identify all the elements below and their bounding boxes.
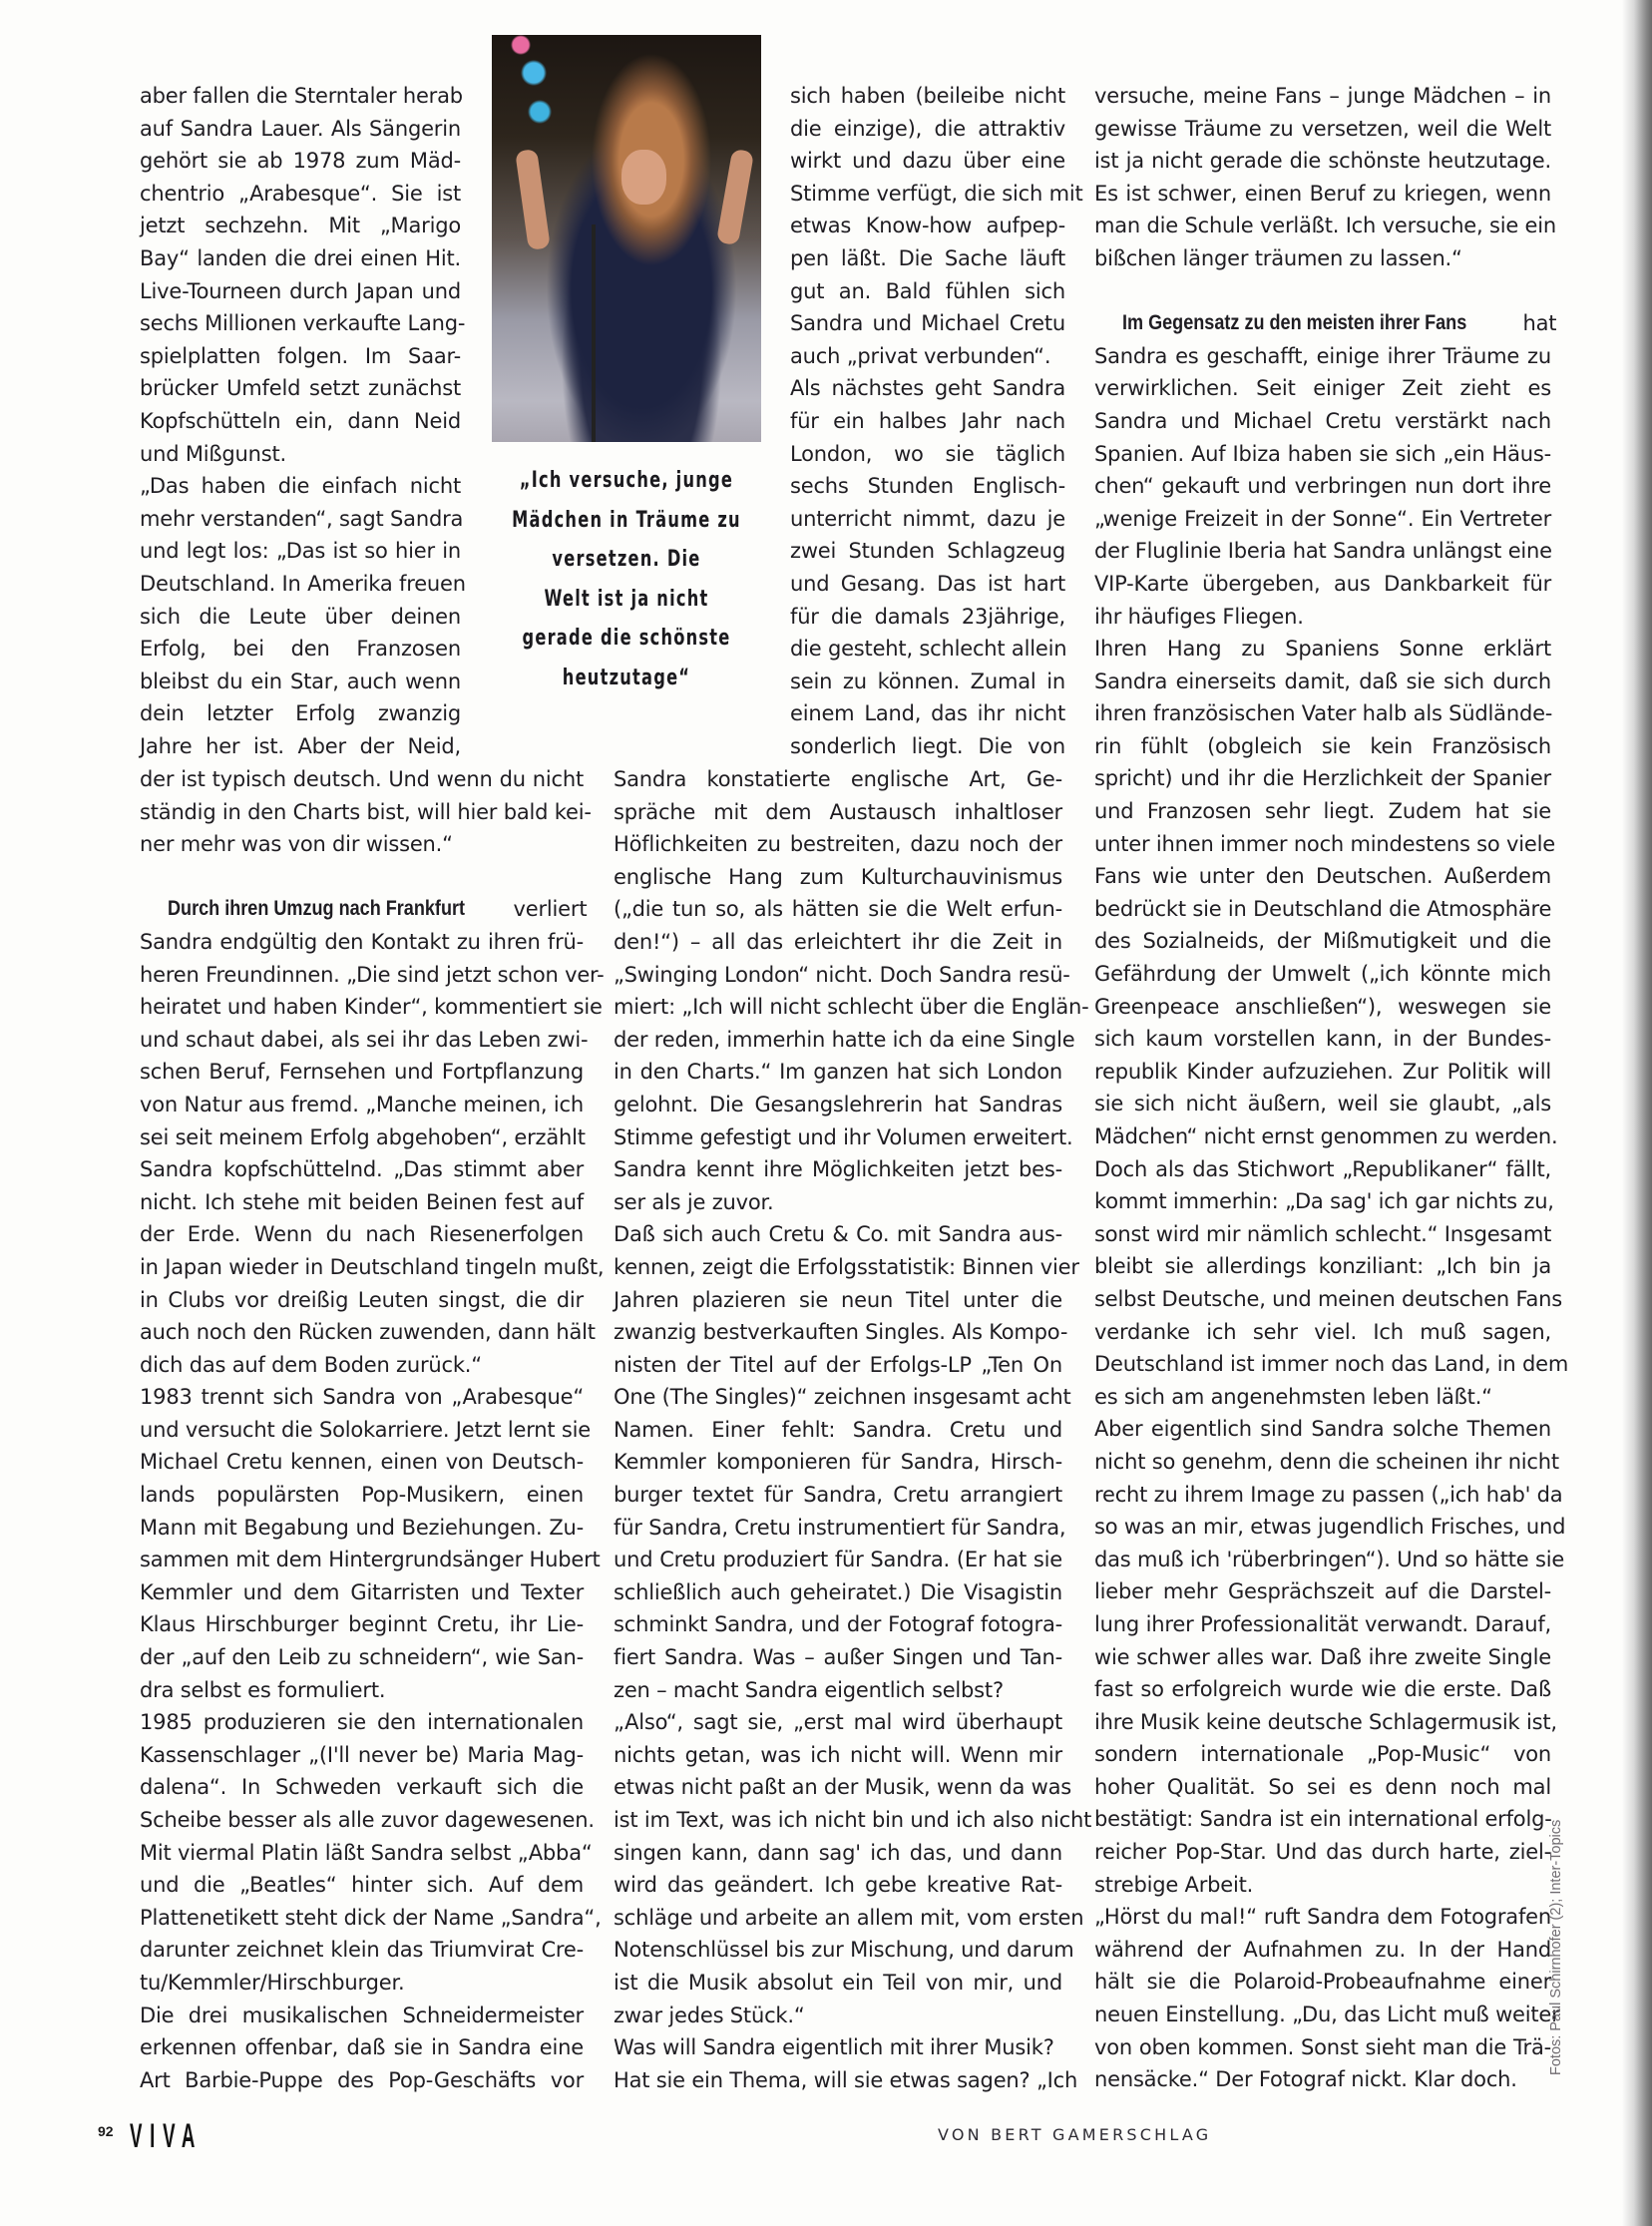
magazine-logo: VIVA <box>130 2117 203 2156</box>
text-line: sich kaum vorstellen kann, in der Bundes… <box>1094 1023 1551 1056</box>
text-line: Bay“ landen die drei einen Hit. <box>140 242 461 275</box>
text-line: Spanien. Auf Ibiza haben sie sich „ein H… <box>1094 438 1551 471</box>
text-line: („die tun so, als hätten sie die Welt er… <box>614 893 1062 926</box>
text-line: kommt immerhin: „Da sag' ich gar nichts … <box>1094 1185 1551 1218</box>
text-line: etwas nicht paßt an der Musik, wenn da w… <box>614 1771 1062 1804</box>
text-line: englische Hang zum Kulturchauvinismus <box>614 861 1062 894</box>
pull-quote: „Ich versuche, junge Mädchen in Träume z… <box>477 461 776 698</box>
text-line: bleibt sie allerdings konziliant: „Ich b… <box>1094 1250 1551 1283</box>
text-line: sondern internationale „Pop-Music“ von <box>1094 1738 1551 1771</box>
text-line: mehr verstanden“, sagt Sandra <box>140 503 461 536</box>
text-line: der ist typisch deutsch. Und wenn du nic… <box>140 763 584 796</box>
text-line: fiert Sandra. Was – außer Singen und Tan… <box>614 1641 1062 1674</box>
text-line: für ein halbes Jahr nach <box>790 405 1065 438</box>
text-line: Mann mit Begabung und Beziehungen. Zu- <box>140 1512 584 1545</box>
text-line: und Cretu produziert für Sandra. (Er hat… <box>614 1544 1062 1576</box>
text-line: sechs Millionen verkaufte Lang- <box>140 307 461 340</box>
text-line: sein zu können. Zumal in <box>790 666 1065 698</box>
photo-detail-mic-stand <box>592 224 596 442</box>
text-line: VIP-Karte übergeben, aus Dankbarkeit für <box>1094 568 1551 601</box>
pull-quote-line: Welt ist ja nicht <box>504 580 749 620</box>
text-line: Kassenschlager „(I'll never be) Maria Ma… <box>140 1739 584 1772</box>
text-line: Aber eigentlich sind Sandra solche Theme… <box>1094 1413 1551 1446</box>
text-line: „wenige Freizeit in der Sonne“. Ein Vert… <box>1094 503 1551 536</box>
text-line: „Swinging London“ nicht. Doch Sandra res… <box>614 959 1062 992</box>
text-line: Höflichkeiten zu bestreiten, dazu noch d… <box>614 828 1062 861</box>
text-line: neuen Einstellung. „Du, das Licht muß we… <box>1094 1999 1551 2031</box>
text-line: Daß sich auch Cretu & Co. mit Sandra aus… <box>614 1218 1062 1251</box>
text-line: heiratet und haben Kinder“, kommentiert … <box>140 991 584 1024</box>
paragraph-gap <box>140 861 584 894</box>
text-line: verwirklichen. Seit einiger Zeit zieht e… <box>1094 372 1551 405</box>
text-line: auch noch den Rücken zuwenden, dann hält <box>140 1316 584 1349</box>
text-line: Als nächstes geht Sandra <box>790 372 1065 405</box>
text-line: Jahre her ist. Aber der Neid, <box>140 730 461 763</box>
text-line: nichts getan, was ich nicht will. Wenn m… <box>614 1739 1062 1772</box>
text-line: ihren französischen Vater halb als Südlä… <box>1094 697 1551 730</box>
text-line: recht zu ihrem Image zu passen („ich hab… <box>1094 1479 1551 1512</box>
text-line: Live-Tourneen durch Japan und <box>140 275 461 308</box>
text-line: sechs Stunden Englisch- <box>790 470 1065 503</box>
text-line: und die „Beatles“ hinter sich. Auf dem <box>140 1869 584 1902</box>
text-line: zwei Stunden Schlagzeug <box>790 535 1065 568</box>
text-line: bestätigt: Sandra ist ein international … <box>1094 1803 1551 1836</box>
text-line: versuche, meine Fans – junge Mädchen – i… <box>1094 80 1551 113</box>
page-number: 92 <box>98 2123 114 2139</box>
text-line: des Sozialneids, der Mißmutigkeit und di… <box>1094 925 1551 958</box>
text-line: in Clubs vor dreißig Leuten singst, die … <box>140 1284 584 1317</box>
text-line: Kopfschütteln ein, dann Neid <box>140 405 461 438</box>
paragraph-gap <box>1094 275 1551 308</box>
text-line: „Hörst du mal!“ ruft Sandra dem Fotograf… <box>1094 1901 1551 1934</box>
text-line: Deutschland. In Amerika freuen <box>140 568 461 601</box>
text-line: der Fluglinie Iberia hat Sandra unlängst… <box>1094 535 1551 568</box>
text-line: 1985 produzieren sie den internationalen <box>140 1706 584 1739</box>
text-line: ihre Musik keine deutsche Schlagermusik … <box>1094 1706 1551 1739</box>
text-line: Erfolg, bei den Franzosen <box>140 633 461 666</box>
text-line: ist die Musik absolut ein Teil von mir, … <box>614 1967 1062 2000</box>
concert-photo <box>492 35 761 442</box>
text-line: Greenpeace anschließen“), weswegen sie <box>1094 991 1551 1024</box>
text-line: schen Beruf, Fernsehen und Fortpflanzung <box>140 1056 584 1089</box>
text-line: fast so erfolgreich wurde wie die erste.… <box>1094 1673 1551 1706</box>
text-line: Scheibe besser als alle zuvor dagewesene… <box>140 1804 584 1837</box>
text-line: gelohnt. Die Gesangslehrerin hat Sandras <box>614 1089 1062 1121</box>
text-line: Fans wie unter den Deutschen. Außerdem <box>1094 860 1551 893</box>
text-line: spräche mit dem Austausch inhaltloser <box>614 796 1062 829</box>
text-line: nicht. Ich stehe mit beiden Beinen fest … <box>140 1186 584 1219</box>
section-lead-in: Durch ihren Umzug nach Frankfurt <box>168 893 465 926</box>
text-line: rin fühlt (obgleich sie kein Französisch <box>1094 730 1551 763</box>
text-line: kennen, zeigt die Erfolgsstatistik: Binn… <box>614 1251 1062 1284</box>
text-line: der reden, immerhin hatte ich da eine Si… <box>614 1024 1062 1057</box>
text-line: Mit viermal Platin läßt Sandra selbst „A… <box>140 1837 584 1870</box>
text-line: die gesteht, schlecht allein <box>790 633 1065 666</box>
text-line: „Also“, sagt sie, „erst mal wird überhau… <box>614 1706 1062 1739</box>
text-line: von oben kommen. Sonst sieht man die Trä… <box>1094 2031 1551 2064</box>
author-byline: VON BERT GAMERSCHLAG <box>938 2125 1211 2144</box>
text-line: Hat sie ein Thema, will sie etwas sagen?… <box>614 2064 1062 2097</box>
text-line: lung ihrer Professionalität verwandt. Da… <box>1094 1608 1551 1641</box>
column2-bottom-text: Sandra konstatierte englische Art, Ge- s… <box>614 763 1062 2096</box>
text-line: Kemmler komponieren für Sandra, Hirsch- <box>614 1446 1062 1479</box>
text-line: dalena“. In Schweden verkauft sich die <box>140 1771 584 1804</box>
text-line: Sandra es geschafft, einige ihrer Träume… <box>1094 340 1551 373</box>
text-line: sei seit meinem Erfolg abgehoben“, erzäh… <box>140 1121 584 1154</box>
text-line: selbst Deutsche, und meinen deutschen Fa… <box>1094 1283 1551 1316</box>
text-line: Sandra und Michael Cretu verstärkt nach <box>1094 405 1551 438</box>
text-line: Sandra und Michael Cretu <box>790 307 1065 340</box>
text-line: erkennen offenbar, daß sie in Sandra ein… <box>140 2031 584 2064</box>
text-line-lead: Im Gegensatz zu den meisten ihrer Fans h… <box>1094 307 1551 340</box>
text-line: für die damals 23jährige, <box>790 601 1065 634</box>
text-line: ihr häufiges Fliegen. <box>1094 601 1551 634</box>
text-line: wie schwer alles war. Daß ihre zweite Si… <box>1094 1641 1551 1674</box>
text-line: Deutschland ist immer noch das Land, in … <box>1094 1348 1551 1381</box>
text-line: und schaut dabei, als sei ihr das Leben … <box>140 1024 584 1057</box>
text-line: „Das haben die einfach nicht <box>140 470 461 503</box>
text-line: sonderlich liegt. Die von <box>790 730 1065 763</box>
text-line: lands populärsten Pop-Musikern, einen <box>140 1479 584 1512</box>
text-line: gehört sie ab 1978 zum Mäd- <box>140 145 461 178</box>
text-line: spielplatten folgen. Im Saar- <box>140 340 461 373</box>
text-line: dein letzter Erfolg zwanzig <box>140 697 461 730</box>
text-line: dra selbst es formuliert. <box>140 1674 584 1707</box>
text-line: Jahren plazieren sie neun Titel unter di… <box>614 1284 1062 1317</box>
text-line: unter ihnen immer noch mindestens so vie… <box>1094 828 1551 861</box>
text-line: Sandra kennt ihre Möglichkeiten jetzt be… <box>614 1153 1062 1186</box>
text-line: ner mehr was von dir wissen.“ <box>140 828 584 861</box>
text-line: Notenschlüssel bis zur Mischung, und dar… <box>614 1934 1062 1967</box>
text-line: bedrückt sie in Deutschland die Atmosphä… <box>1094 893 1551 926</box>
text-line: lieber mehr Gesprächszeit auf die Darste… <box>1094 1575 1551 1608</box>
text-line: den!“) – all das erleichtert ihr die Zei… <box>614 926 1062 959</box>
text-line: etwas Know-how aufpep- <box>790 210 1065 242</box>
column1-bottom-text: der ist typisch deutsch. Und wenn du nic… <box>140 763 584 2096</box>
text-line: Sandra endgültig den Kontakt zu ihren fr… <box>140 926 584 959</box>
text-line: dich das auf dem Boden zurück.“ <box>140 1349 584 1382</box>
page-gutter-shadow <box>1622 0 1652 2226</box>
text-line: zwanzig bestverkauften Singles. Als Komp… <box>614 1316 1062 1349</box>
text-line: sammen mit dem Hintergrundsänger Hubert <box>140 1544 584 1576</box>
column1-top-text: aber fallen die Sterntaler herab auf San… <box>140 80 461 762</box>
text-line: Mädchen“ nicht ernst genommen zu werden. <box>1094 1120 1551 1153</box>
text-line: schließlich auch geheiratet.) Die Visagi… <box>614 1576 1062 1609</box>
text-line: Was will Sandra eigentlich mit ihrer Mus… <box>614 2031 1062 2064</box>
text-line: ständig in den Charts bist, will hier ba… <box>140 796 584 829</box>
text-line: von Natur aus fremd. „Manche meinen, ich <box>140 1089 584 1121</box>
text-line: Kemmler und dem Gitarristen und Texter <box>140 1576 584 1609</box>
text-line: sich haben (beileibe nicht <box>790 80 1065 113</box>
pull-quote-line: „Ich versuche, junge <box>504 461 749 501</box>
text-line: zen – macht Sandra eigentlich selbst? <box>614 1674 1062 1707</box>
text-line: jetzt sechzehn. Mit „Marigo <box>140 210 461 242</box>
text-line: Plattenetikett steht dick der Name „Sand… <box>140 1902 584 1935</box>
text-line: darunter zeichnet klein das Triumvirat C… <box>140 1934 584 1967</box>
text-line: Stimme verfügt, die sich mit <box>790 178 1065 211</box>
text-line: Michael Cretu kennen, einen von Deutsch- <box>140 1446 584 1479</box>
photo-credit: Fotos: Paul Schirnhofer (2); Inter-Topic… <box>1548 1820 1564 2075</box>
pull-quote-line: gerade die schönste <box>504 619 749 659</box>
text-line: auch „privat verbunden“. <box>790 340 1065 373</box>
text-line: auf Sandra Lauer. Als Sängerin <box>140 113 461 146</box>
text-line: Art Barbie-Puppe des Pop-Geschäfts vor <box>140 2064 584 2097</box>
text-line: chentrio „Arabesque“. Sie ist <box>140 178 461 211</box>
text-fragment: verliert <box>514 893 588 926</box>
text-line: wird das geändert. Ich gebe kreative Rat… <box>614 1869 1062 1902</box>
text-line: One (The Singles)“ zeichnen insgesamt ac… <box>614 1381 1062 1414</box>
text-line: der Erde. Wenn du nach Riesenerfolgen <box>140 1218 584 1251</box>
text-line: London, wo sie täglich <box>790 438 1065 471</box>
text-fragment: hat <box>1522 307 1556 340</box>
text-line: Stimme gefestigt und ihr Volumen erweite… <box>614 1121 1062 1154</box>
photo-detail-arm <box>716 149 754 245</box>
text-line: reicher Pop-Star. Und das durch harte, z… <box>1094 1836 1551 1869</box>
text-line: bißchen länger träumen zu lassen.“ <box>1094 242 1551 275</box>
text-line: hoher Qualität. So sei es denn noch mal <box>1094 1771 1551 1804</box>
text-line: tu/Kemmler/Hirschburger. <box>140 1967 584 2000</box>
text-line: das muß ich 'rüberbringen“). Und so hätt… <box>1094 1544 1551 1576</box>
text-line: und Mißgunst. <box>140 438 461 471</box>
pull-quote-line: Mädchen in Träume zu <box>504 501 749 541</box>
text-line: schläge und arbeite an allem mit, vom er… <box>614 1902 1062 1935</box>
text-line: man die Schule verläßt. Ich versuche, si… <box>1094 210 1551 242</box>
column2-top-text: sich haben (beileibe nicht die einzige),… <box>790 80 1065 762</box>
text-line: einem Land, das ihr nicht <box>790 697 1065 730</box>
text-line: in den Charts.“ Im ganzen hat sich Londo… <box>614 1056 1062 1089</box>
text-line: sonst wird mir nämlich schlecht.“ Insges… <box>1094 1218 1551 1251</box>
text-line: miert: „Ich will nicht schlecht über die… <box>614 991 1062 1024</box>
text-line: verdanke ich sehr viel. Ich muß sagen, <box>1094 1316 1551 1349</box>
text-line: in Japan wieder in Deutschland tingeln m… <box>140 1251 584 1284</box>
text-line: Ihren Hang zu Spaniens Sonne erklärt <box>1094 633 1551 666</box>
text-line: Sandra einerseits damit, daß sie sich du… <box>1094 666 1551 698</box>
text-line: spricht) und ihr die Herzlichkeit der Sp… <box>1094 762 1551 795</box>
text-line: ist ja nicht gerade die schönste heutzut… <box>1094 145 1551 178</box>
text-line: Sandra kopfschüttelnd. „Das stimmt aber <box>140 1153 584 1186</box>
text-line: ser als je zuvor. <box>614 1186 1062 1219</box>
photo-detail-face <box>621 150 666 205</box>
text-line: Klaus Hirschburger beginnt Cretu, ihr Li… <box>140 1608 584 1641</box>
section-lead-in: Im Gegensatz zu den meisten ihrer Fans <box>1122 307 1466 340</box>
text-line: während der Aufnahmen zu. In der Hand <box>1094 1934 1551 1967</box>
text-line: 1983 trennt sich Sandra von „Arabesque“ <box>140 1381 584 1414</box>
text-line: nensäcke.“ Der Fotograf nickt. Klar doch… <box>1094 2063 1551 2096</box>
text-line: Gefährdung der Umwelt („ich könnte mich <box>1094 958 1551 991</box>
text-line: chen“ gekauft und verbringen nun dort ih… <box>1094 470 1551 503</box>
text-line: es sich am angenehmsten leben läßt.“ <box>1094 1381 1551 1414</box>
text-line: die einzige), die attraktiv <box>790 113 1065 146</box>
text-line: Die drei musikalischen Schneidermeister <box>140 2000 584 2032</box>
text-line: der „auf den Leib zu schneidern“, wie Sa… <box>140 1641 584 1674</box>
photo-detail-arm <box>515 149 551 250</box>
pull-quote-line: versetzen. Die <box>504 540 749 580</box>
text-line: singen kann, dann sag' ich das, und dann <box>614 1837 1062 1870</box>
text-line: aber fallen die Sterntaler herab <box>140 80 461 113</box>
text-line: für Sandra, Cretu instrumentiert für San… <box>614 1512 1062 1545</box>
text-line: zwar jedes Stück.“ <box>614 2000 1062 2032</box>
text-line: bleibst du ein Star, auch wenn <box>140 666 461 698</box>
text-line: brücker Umfeld setzt zunächst <box>140 372 461 405</box>
text-line: strebige Arbeit. <box>1094 1869 1551 1902</box>
text-line: schminkt Sandra, und der Fotograf fotogr… <box>614 1608 1062 1641</box>
text-line: burger textet für Sandra, Cretu arrangie… <box>614 1479 1062 1512</box>
text-line: gut an. Bald fühlen sich <box>790 275 1065 308</box>
text-line: sie sich nicht äußern, weil sie glaubt, … <box>1094 1088 1551 1120</box>
text-line: und Gesang. Das ist hart <box>790 568 1065 601</box>
text-line: gewisse Träume zu versetzen, weil die We… <box>1094 113 1551 146</box>
text-line: sich die Leute über deinen <box>140 601 461 634</box>
text-line: nisten der Titel auf der Erfolgs-LP „Ten… <box>614 1349 1062 1382</box>
text-line: Es ist schwer, einen Beruf zu kriegen, w… <box>1094 178 1551 211</box>
text-line: so was an mir, etwas jugendlich Frisches… <box>1094 1511 1551 1544</box>
text-line: und legt los: „Das ist so hier in <box>140 535 461 568</box>
text-line: und versucht die Solokarriere. Jetzt ler… <box>140 1414 584 1447</box>
text-line-lead: Durch ihren Umzug nach Frankfurt verlier… <box>140 893 584 926</box>
text-line: heren Freundinnen. „Die sind jetzt schon… <box>140 959 584 992</box>
text-line: Namen. Einer fehlt: Sandra. Cretu und <box>614 1414 1062 1447</box>
text-line: pen läßt. Die Sache läuft <box>790 242 1065 275</box>
text-line: ist im Text, was ich nicht bin und ich a… <box>614 1804 1062 1837</box>
text-line: Doch als das Stichwort „Republikaner“ fä… <box>1094 1153 1551 1186</box>
text-line: unterricht nimmt, dazu je <box>790 503 1065 536</box>
pull-quote-line: heutzutage“ <box>504 659 749 698</box>
text-line: nicht so genehm, denn die scheinen ihr n… <box>1094 1446 1551 1479</box>
text-line: wirkt und dazu über eine <box>790 145 1065 178</box>
text-line: hält sie die Polaroid-Probeaufnahme eine… <box>1094 1966 1551 1999</box>
text-line: republik Kinder aufzuziehen. Zur Politik… <box>1094 1056 1551 1089</box>
text-line: Sandra konstatierte englische Art, Ge- <box>614 763 1062 796</box>
column3-text: versuche, meine Fans – junge Mädchen – i… <box>1094 80 1551 2096</box>
text-line: und Franzosen sehr liegt. Zudem hat sie <box>1094 795 1551 828</box>
